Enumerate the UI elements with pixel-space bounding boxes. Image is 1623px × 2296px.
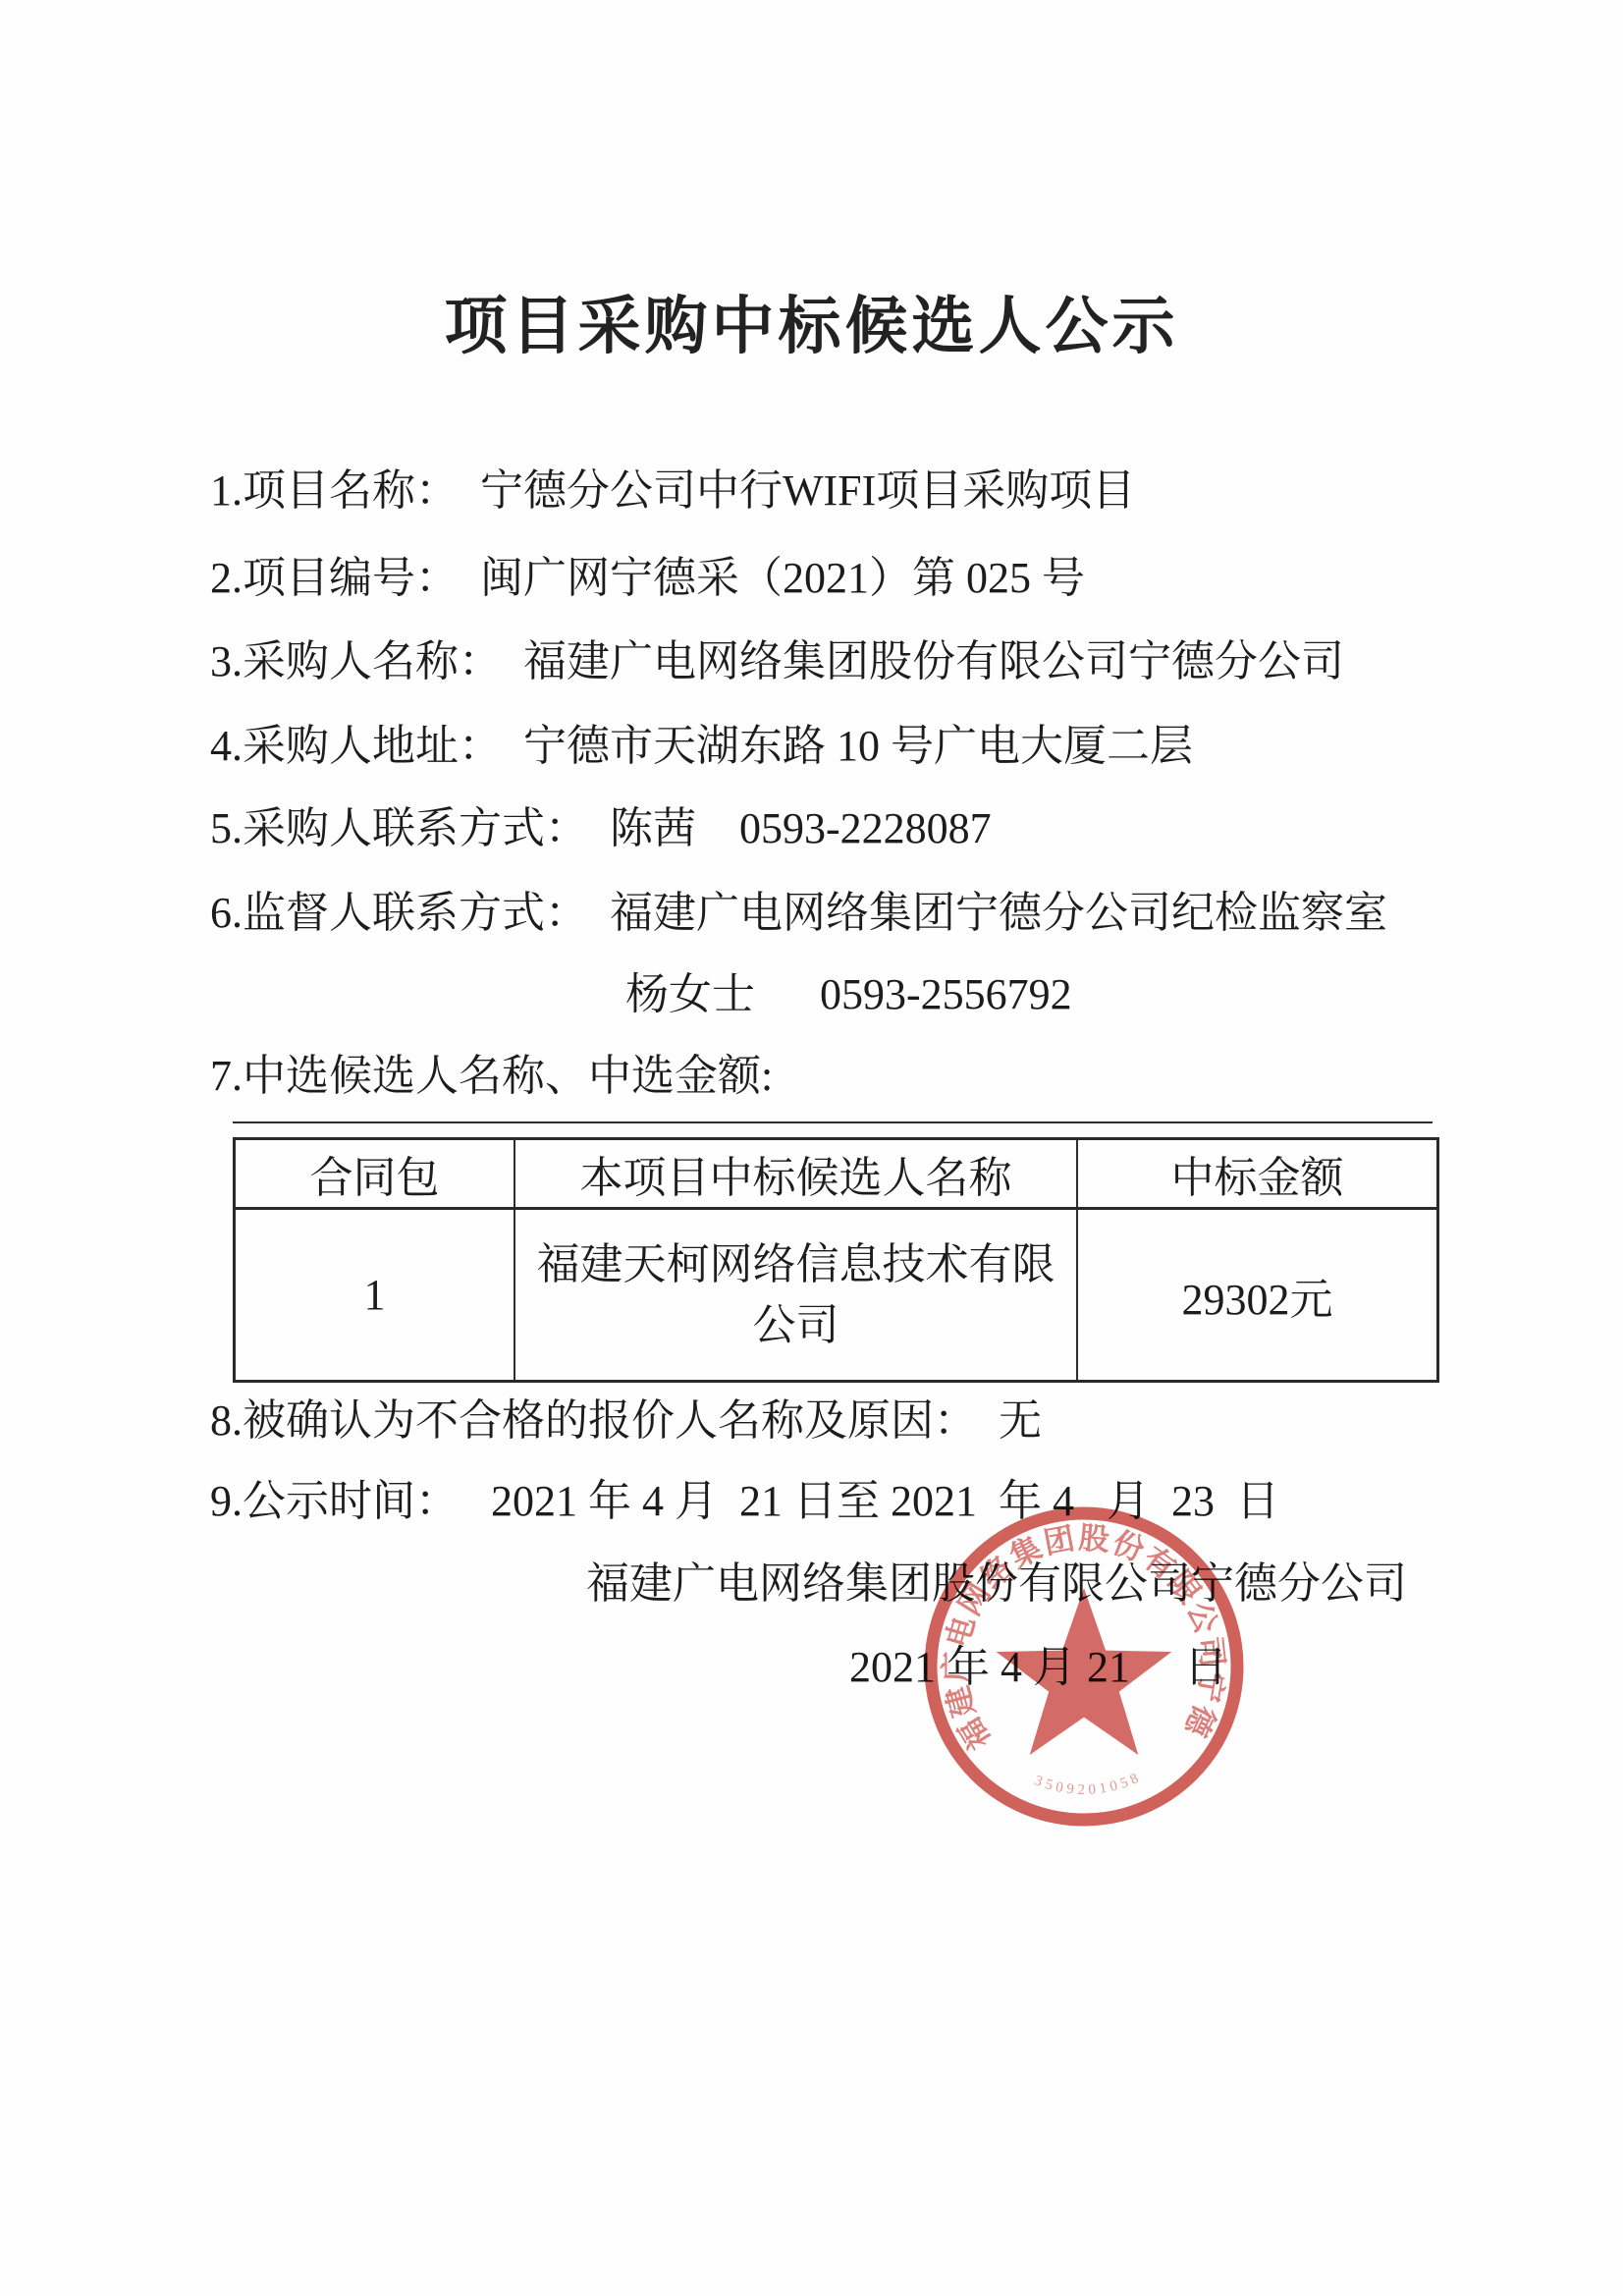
cell-contract-package: 1 xyxy=(235,1209,515,1382)
seal-star-icon xyxy=(997,1588,1172,1755)
item-purchaser-contact: 5.采购人联系方式： 陈茜 0593-2228087 xyxy=(210,805,992,852)
cell-award-amount: 29302元 xyxy=(1077,1209,1438,1382)
official-seal: 福建广电网络集团股份有限公司宁德分公司 35092010585 xyxy=(917,1500,1251,1833)
table-row: 1 福建天柯网络信息技术有限公司 29302元 xyxy=(235,1209,1438,1382)
item-purchaser-name: 3.采购人名称： 福建广电网络集团股份有限公司宁德分公司 xyxy=(210,638,1344,685)
item-disqualified-bidders: 8.被确认为不合格的报价人名称及原因： 无 xyxy=(210,1397,1042,1445)
header-award-amount: 中标金额 xyxy=(1077,1139,1438,1209)
official-seal-graphic: 福建广电网络集团股份有限公司宁德分公司 35092010585 xyxy=(917,1500,1251,1833)
cell-candidate-name: 福建天柯网络信息技术有限公司 xyxy=(514,1209,1077,1382)
table-header-row: 合同包 本项目中标候选人名称 中标金额 xyxy=(235,1139,1438,1209)
item-supervisor-contact-line2: 杨女士 0593-2556792 xyxy=(625,971,1072,1018)
item-supervisor-contact: 6.监督人联系方式： 福建广电网络集团宁德分公司纪检监察室 xyxy=(210,890,1387,937)
item-project-name: 1.项目名称： 宁德分公司中行WIFI项目采购项目 xyxy=(210,467,1135,515)
item-purchaser-address: 4.采购人地址： 宁德市天湖东路 10 号广电大厦二层 xyxy=(210,723,1193,770)
document-page: 项目采购中标候选人公示 1.项目名称： 宁德分公司中行WIFI项目采购项目 2.… xyxy=(0,0,1623,2296)
item-candidates-heading: 7.中选候选人名称、中选金额: xyxy=(210,1053,773,1100)
award-table: 合同包 本项目中标候选人名称 中标金额 1 福建天柯网络信息技术有限公司 293… xyxy=(233,1137,1439,1383)
table-top-rule xyxy=(233,1121,1433,1123)
header-contract-package: 合同包 xyxy=(235,1139,515,1209)
header-candidate-name: 本项目中标候选人名称 xyxy=(514,1139,1077,1209)
page-title: 项目采购中标候选人公示 xyxy=(0,294,1623,360)
item-project-number: 2.项目编号： 闽广网宁德采（2021）第 025 号 xyxy=(210,555,1085,602)
